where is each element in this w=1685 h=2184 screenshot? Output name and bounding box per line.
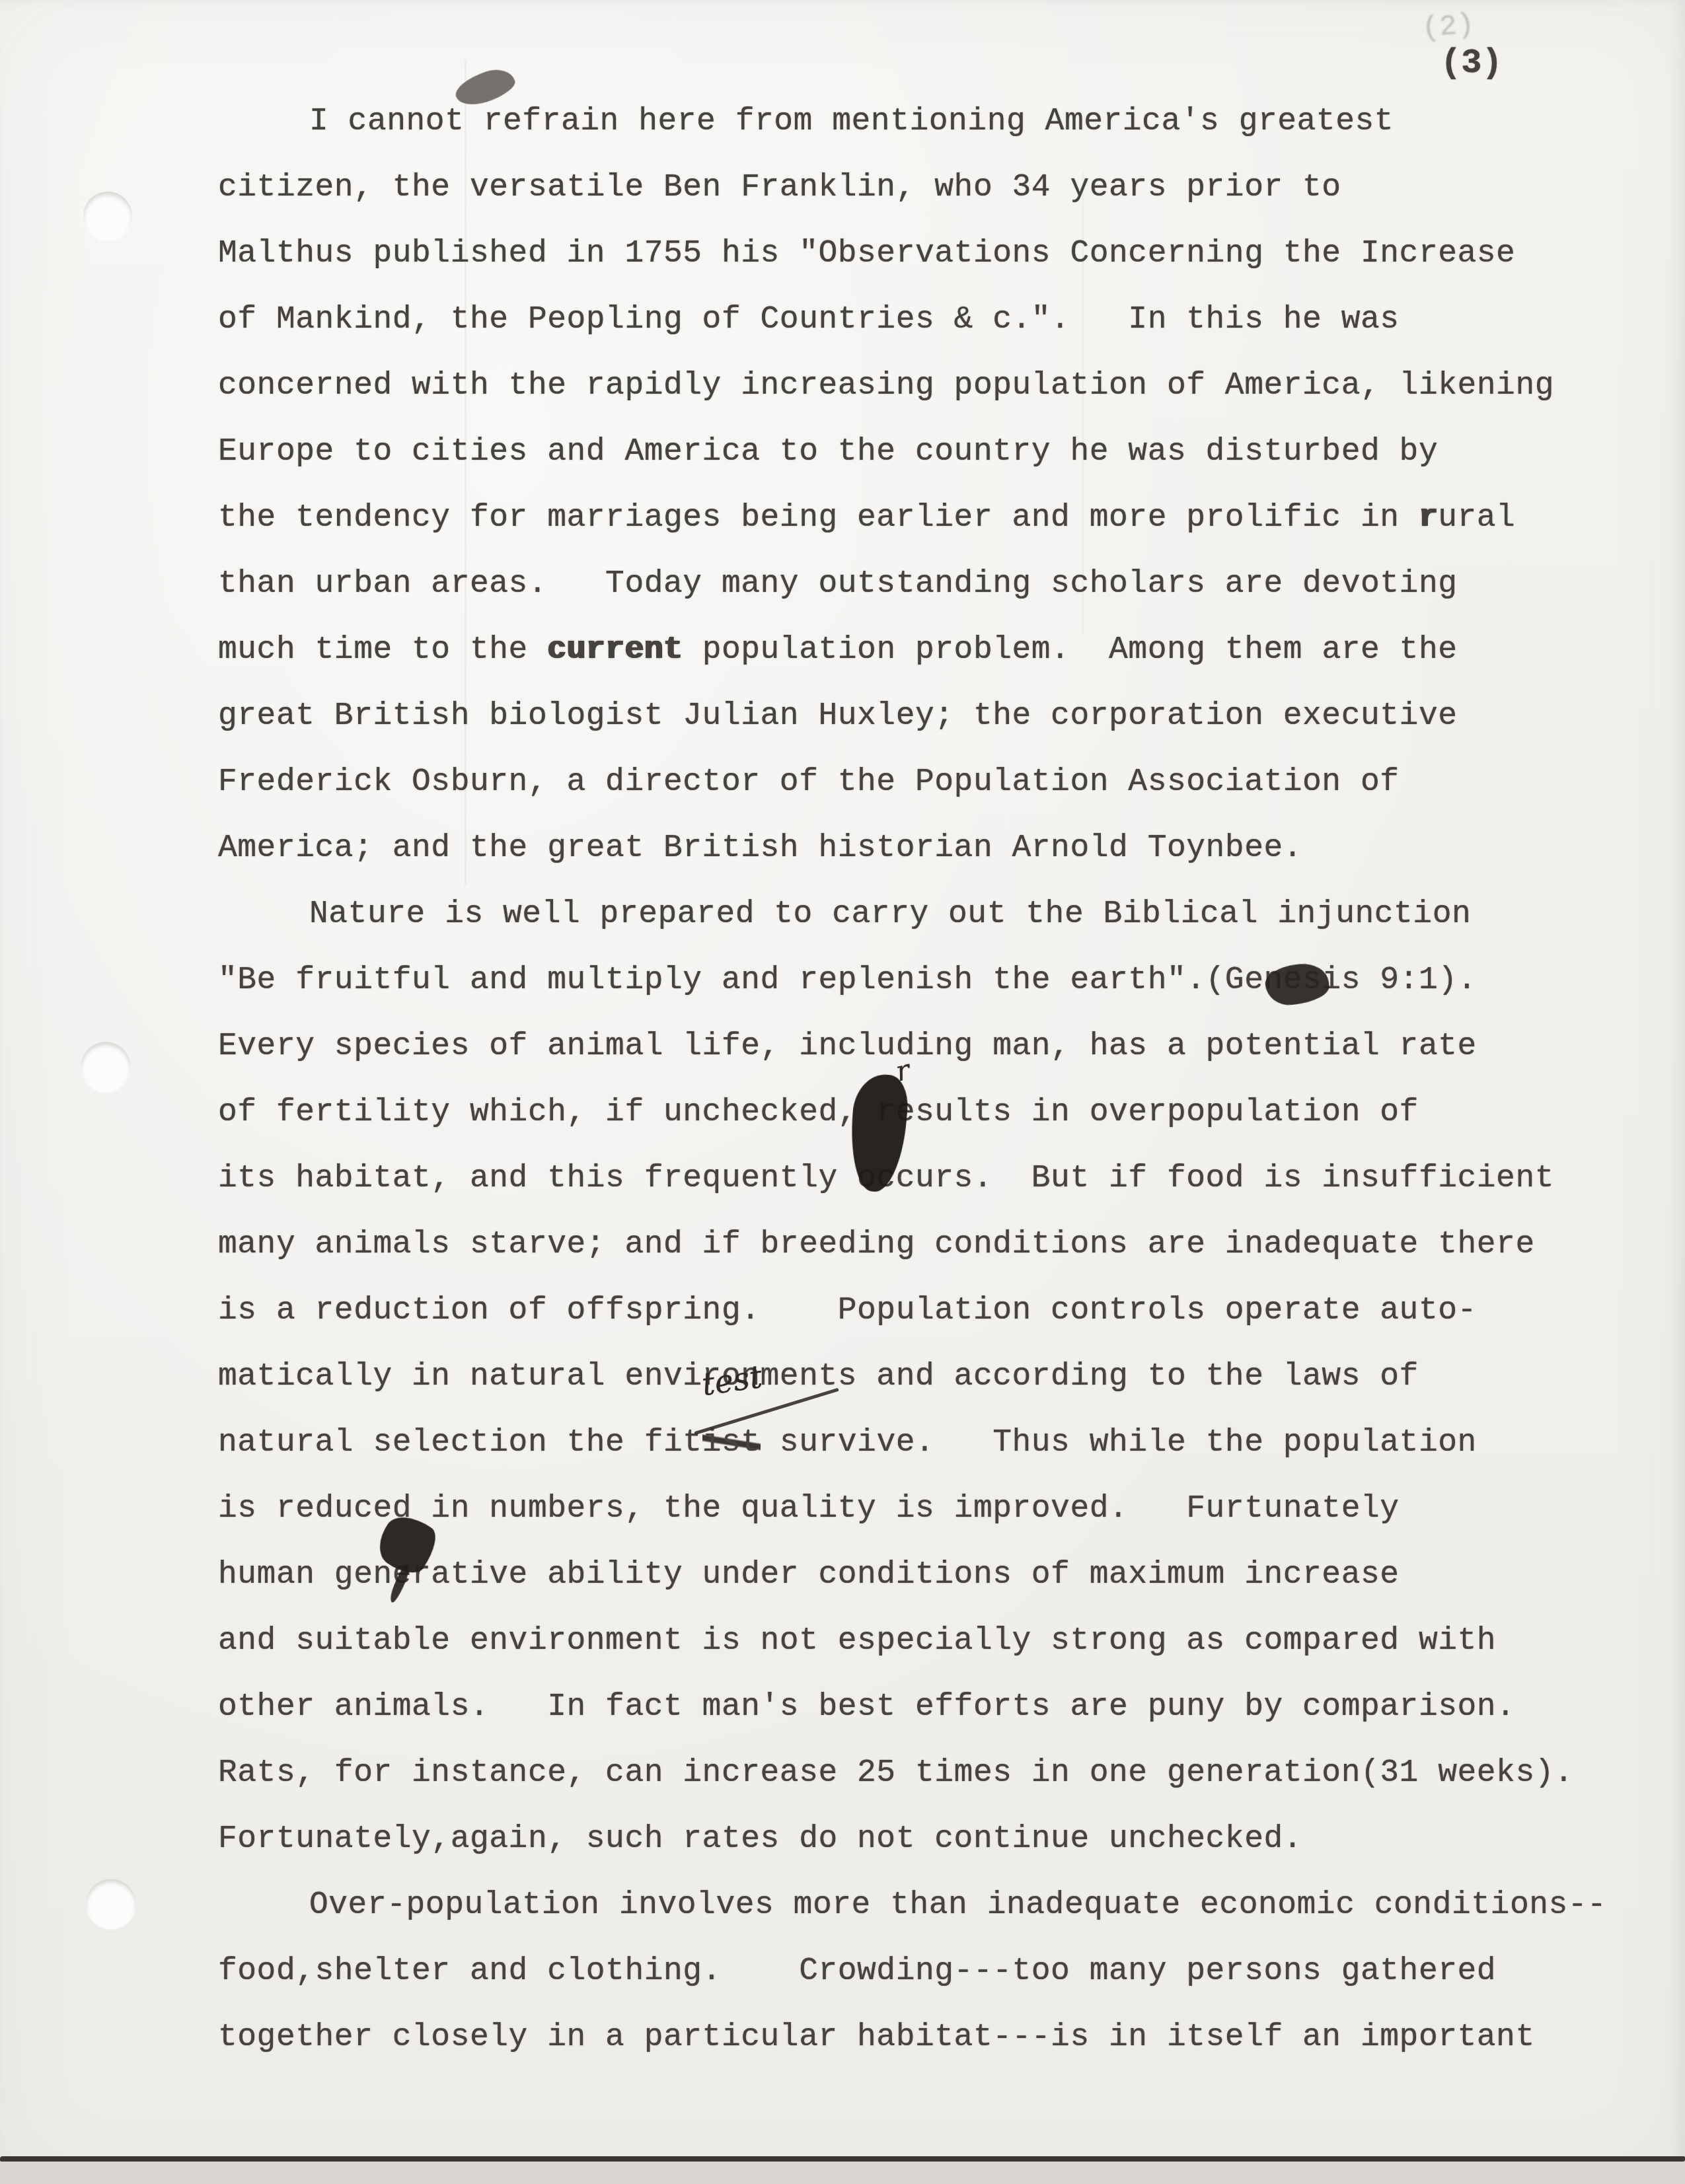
- typed-text: great British biologist Julian Huxley; t…: [218, 698, 1458, 734]
- scan-edge: [0, 2156, 1685, 2162]
- typed-text: together closely in a particular habitat…: [218, 2020, 1535, 2055]
- punch-hole: [83, 192, 132, 240]
- text-line: great British biologist Julian Huxley; t…: [218, 695, 1458, 737]
- typed-text: natural selection the fit: [218, 1425, 702, 1461]
- typed-text: food,shelter and clothing. Crowding---to…: [218, 1953, 1496, 1989]
- typed-text: other animals. In fact man's best effort…: [218, 1689, 1515, 1725]
- page-number: (3): [1441, 44, 1503, 83]
- text-line: and suitable environment is not especial…: [218, 1620, 1496, 1662]
- typed-text: and suitable environment is not especial…: [218, 1623, 1496, 1659]
- ghost-page-number: (2): [1421, 9, 1476, 46]
- document-page: (2) (3) I cannot refrain here from menti…: [0, 0, 1685, 2184]
- text-line: Frederick Osburn, a director of the Popu…: [218, 761, 1400, 803]
- text-line: other animals. In fact man's best effort…: [218, 1686, 1515, 1728]
- punch-hole: [86, 1879, 136, 1929]
- text-line: Malthus published in 1755 his "Observati…: [218, 233, 1515, 275]
- text-line: of fertility which, if unchecked, result…: [218, 1091, 1419, 1134]
- overstruck-word: current: [547, 632, 683, 668]
- text-line: citizen, the versatile Ben Franklin, who…: [218, 166, 1341, 209]
- text-line: Fortunately,again, such rates do not con…: [218, 1818, 1302, 1860]
- text-line: of Mankind, the Peopling of Countries & …: [218, 299, 1400, 341]
- typed-text: America; and the great British historian…: [218, 830, 1302, 866]
- text-line: Nature is well prepared to carry out the…: [218, 893, 1471, 935]
- typed-text: ural: [1438, 500, 1515, 536]
- typed-text: much time to the: [218, 632, 547, 668]
- typed-text: Every species of animal life, including …: [218, 1029, 1477, 1064]
- typed-text: is a reduction of offspring. Population …: [218, 1293, 1477, 1329]
- text-line: much time to the current population prob…: [218, 629, 1458, 671]
- typed-text: Fortunately,again, such rates do not con…: [218, 1821, 1302, 1857]
- text-line: matically in natural environments and ac…: [218, 1356, 1419, 1398]
- text-line: I cannot refrain here from mentioning Am…: [218, 100, 1394, 143]
- typed-text: of Mankind, the Peopling of Countries & …: [218, 302, 1400, 338]
- typed-text: citizen, the versatile Ben Franklin, who…: [218, 170, 1341, 205]
- text-line: natural selection the fitist survive. Th…: [218, 1422, 1477, 1464]
- text-line: food,shelter and clothing. Crowding---to…: [218, 1950, 1496, 1992]
- scan-strip: [0, 2162, 1685, 2184]
- typed-text: the tendency for marriages being earlier…: [218, 500, 1419, 536]
- typed-text: than urban areas. Today many outstanding…: [218, 566, 1458, 602]
- typed-text: Malthus published in 1755 his "Observati…: [218, 236, 1515, 272]
- typed-text: Over-population involves more than inade…: [309, 1887, 1606, 1923]
- text-line: the tendency for marriages being earlier…: [218, 497, 1515, 539]
- typed-text: I cannot refrain here from mentioning Am…: [309, 104, 1394, 139]
- text-line: Every species of animal life, including …: [218, 1025, 1477, 1068]
- struck-out-letters: ist: [702, 1425, 761, 1461]
- typed-text: Frederick Osburn, a director of the Popu…: [218, 764, 1400, 800]
- typed-text: matically in natural environments and ac…: [218, 1359, 1419, 1395]
- typed-text: Rats, for instance, can increase 25 time…: [218, 1755, 1573, 1791]
- typed-text: Nature is well prepared to carry out the…: [309, 896, 1471, 932]
- text-line: is a reduction of offspring. Population …: [218, 1290, 1477, 1332]
- typed-text: of fertility which, if unchecked, result…: [218, 1095, 1419, 1130]
- typed-text: many animals starve; and if breeding con…: [218, 1227, 1535, 1262]
- text-line: Rats, for instance, can increase 25 time…: [218, 1752, 1573, 1794]
- typed-text: population problem. Among them are the: [683, 632, 1457, 668]
- typed-text: survive. Thus while the population: [761, 1425, 1477, 1461]
- text-line: Over-population involves more than inade…: [218, 1884, 1606, 1926]
- typed-text: Europe to cities and America to the coun…: [218, 434, 1438, 470]
- text-line: America; and the great British historian…: [218, 827, 1302, 869]
- text-line: many animals starve; and if breeding con…: [218, 1223, 1535, 1266]
- text-line: together closely in a particular habitat…: [218, 2016, 1535, 2058]
- text-line: than urban areas. Today many outstanding…: [218, 563, 1458, 605]
- punch-hole: [81, 1042, 131, 1092]
- typed-text: concerned with the rapidly increasing po…: [218, 368, 1554, 404]
- text-line: concerned with the rapidly increasing po…: [218, 365, 1554, 407]
- overstruck-word: r: [1419, 500, 1438, 536]
- text-line: Europe to cities and America to the coun…: [218, 431, 1438, 473]
